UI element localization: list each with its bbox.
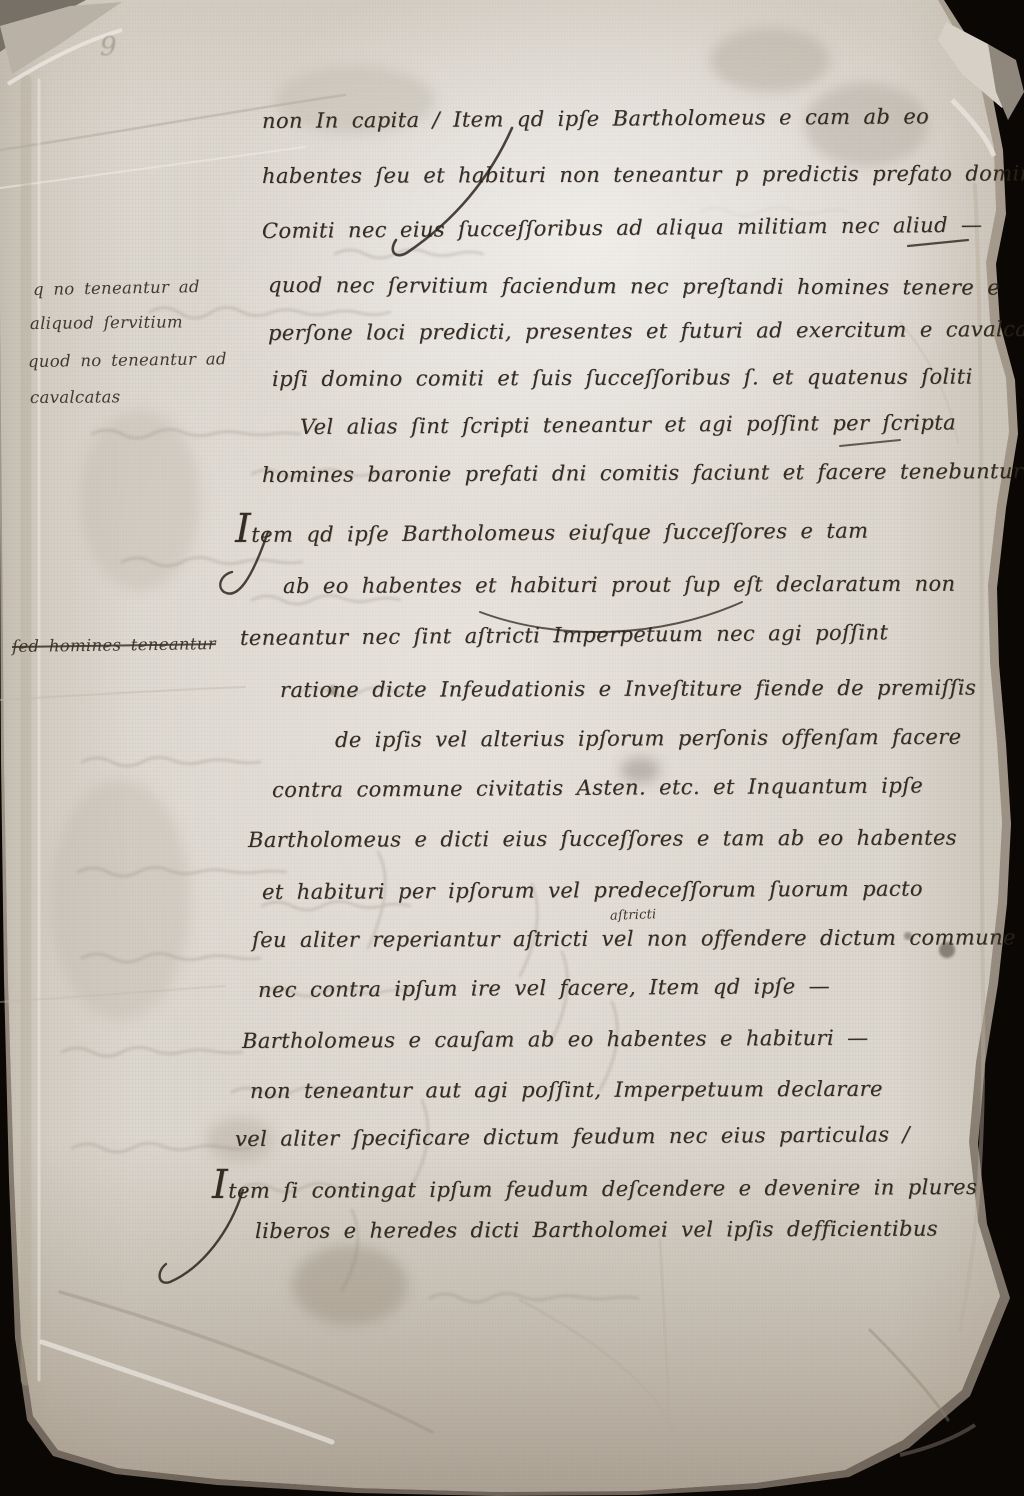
manuscript-photo: 9 q no teneantur ad aliquod ſervitium qu…	[0, 0, 1024, 1496]
manuscript-text-line: habentes ſeu et habituri non teneantur p…	[262, 160, 1024, 189]
manuscript-text-line: Bartholomeus e cauſam ab eo habentes e h…	[242, 1025, 869, 1054]
manuscript-text-line: Vel alias ſint ſcripti teneantur et agi …	[300, 409, 956, 440]
manuscript-text-line: homines baronie prefati dni comitis faci…	[262, 458, 1023, 488]
margin-note-servitium-line: aliquod ſervitium	[30, 312, 183, 334]
margin-note-servitium-line: cavalcatas	[30, 387, 121, 408]
manuscript-text-line: Bartholomeus e dicti eius ſucceſſores e …	[248, 825, 957, 853]
margin-note-servitium-line: quod no teneantur ad	[28, 349, 227, 372]
manuscript-text-line: vel aliter ſpecificare dictum feudum nec…	[235, 1121, 910, 1152]
manuscript-text-line: non In capita / Item qd ipſe Bartholomeu…	[262, 103, 929, 134]
manuscript-text-layer: 9 q no teneantur ad aliquod ſervitium qu…	[0, 0, 1024, 1496]
manuscript-text-line: Item qd ipſe Bartholomeus eiuſque ſucceſ…	[235, 512, 869, 548]
manuscript-text-line: ab eo habentes et habituri prout ſup eſt…	[283, 571, 956, 599]
page-number: 9	[100, 32, 117, 62]
manuscript-text-line: Item ſi contingat ipſum feudum deſcender…	[212, 1168, 977, 1204]
manuscript-text-line: de ipſis vel alterius ipſorum perſonis o…	[335, 724, 962, 753]
manuscript-text-line: perſone loci predicti, presentes et futu…	[268, 316, 1024, 346]
manuscript-text-line: ipſi domino comiti et ſuis ſucceſſoribus…	[272, 364, 973, 392]
manuscript-text-line: Comiti nec eius ſucceſſoribus ad aliqua …	[262, 212, 983, 244]
manuscript-text-line: non teneantur aut agi poſſint, Imperpetu…	[250, 1076, 883, 1104]
manuscript-text-line: ſeu aliter reperiantur aſtricti vel non …	[252, 924, 1016, 953]
manuscript-text-line: quod nec ſervitium faciendum nec preſtan…	[268, 272, 1000, 301]
manuscript-text-line: liberos e heredes dicti Bartholomei vel …	[255, 1216, 938, 1244]
manuscript-text-line: teneantur nec ſint aſtricti Imperpetuum …	[240, 619, 888, 651]
margin-note-servitium-line: q no teneantur ad	[33, 277, 200, 300]
manuscript-text-line: contra commune civitatis Asten. etc. et …	[272, 772, 923, 803]
interlinear-insertion: aſtricti	[610, 907, 657, 924]
manuscript-text-line: et habituri per ipſorum vel predeceſſoru…	[262, 876, 923, 905]
manuscript-text-line: ratione dicte Infeudationis e Inveſtitur…	[280, 675, 976, 703]
margin-note-homines: ſed homines teneantur	[12, 634, 216, 657]
manuscript-text-line: nec contra ipſum ire vel facere, Item qd…	[258, 973, 830, 1003]
